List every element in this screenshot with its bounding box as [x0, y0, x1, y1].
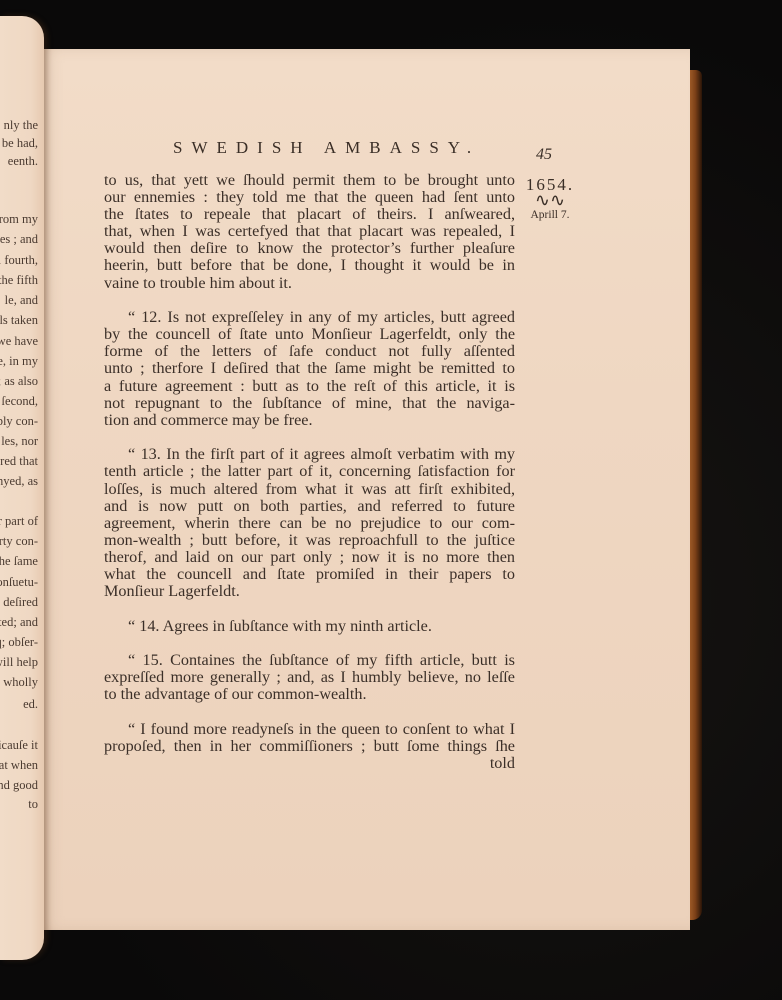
facing-page-text-fragment: er part of: [0, 514, 38, 529]
facing-page-text-fragment: eenth.: [8, 154, 38, 169]
facing-page-text-fragment: nly the: [4, 118, 38, 133]
facing-page-text-fragment: , ſecond,: [0, 394, 38, 409]
text-line: would then deſire to know the protector’…: [104, 240, 515, 257]
text-line: “ 13. In the firſt part of it agrees alm…: [104, 446, 515, 463]
text-line: vaine to trouble him about it.: [104, 275, 515, 292]
text-line: the ſtates to repeale that placart of th…: [104, 206, 515, 223]
paragraph-article-14: “ 14. Agrees in ſubſtance with my ninth …: [104, 618, 515, 635]
facing-page-text-fragment: to: [28, 797, 38, 812]
text-line: expreſſed more generally ; and, as I hum…: [104, 669, 515, 686]
facing-page-text-fragment: ted; and: [0, 615, 38, 630]
text-line: “ I found more readyneſs in the queen to…: [104, 721, 515, 738]
text-line: to us, that yett we ſhould permit them t…: [104, 172, 515, 189]
text-line: that, when I was certefyed that that pla…: [104, 223, 515, 240]
margin-day: Aprill 7.: [520, 209, 580, 221]
facing-page-text-fragment: bicauſe it: [0, 738, 38, 753]
facing-page-text-fragment: the fifth: [0, 273, 38, 288]
text-line: agreement, wherin there can be no prejud…: [104, 515, 515, 532]
page-number: 45: [536, 146, 552, 164]
text-line: heerin, butt before that be done, I thou…: [104, 257, 515, 274]
margin-note-date: 1654. ∿∿ Aprill 7.: [520, 175, 580, 221]
body-text: to us, that yett we ſhould permit them t…: [104, 172, 515, 790]
facing-page-text-fragment: bly con-: [0, 414, 38, 429]
catchword: told: [104, 755, 515, 772]
facing-page-text-fragment: le, and: [5, 293, 38, 308]
facing-page-text-fragment: es ; and: [0, 232, 38, 247]
text-line: forme of the letters of ſafe conduct not…: [104, 343, 515, 360]
text-line: therof, and laid on our part only ; now …: [104, 549, 515, 566]
swash-ornament-icon: ∿∿: [520, 195, 580, 207]
facing-page-text-fragment: will help: [0, 655, 38, 670]
text-line: by the councell of ſtate unto Monſieur L…: [104, 326, 515, 343]
text-line: “ 12. Is not expreſſeley in any of my ar…: [104, 309, 515, 326]
text-line: Monſieur Lagerfeldt.: [104, 583, 515, 600]
text-line: tenth article ; the latter part of it, c…: [104, 463, 515, 480]
paragraph-continuation: to us, that yett we ſhould permit them t…: [104, 172, 515, 292]
paragraph-article-13: “ 13. In the firſt part of it agrees alm…: [104, 446, 515, 600]
facing-page-text-fragment: d deſired: [0, 595, 38, 610]
text-line: a future agreement : butt as to the reſt…: [104, 378, 515, 395]
facing-page-text-fragment: we have: [0, 334, 38, 349]
text-line: loſſes, is much altered from what it was…: [104, 481, 515, 498]
paragraph-article-15: “ 15. Containes the ſubſtance of my fift…: [104, 652, 515, 703]
facing-page-text-fragment: l fourth,: [0, 253, 38, 268]
facing-page-text-fragment: e wholly: [0, 675, 38, 690]
text-line: tion and commerce may be free.: [104, 412, 515, 429]
facing-page-text-fragment: les, nor: [1, 434, 38, 449]
text-line: unto ; therfore I deſired that the ſame …: [104, 360, 515, 377]
facing-page-text-fragment: nd good: [0, 778, 38, 793]
facing-page-text-fragment: rom my: [0, 212, 38, 227]
facing-page-text-fragment: ired that: [0, 454, 38, 469]
text-line: “ 15. Containes the ſubſtance of my fift…: [104, 652, 515, 669]
text-line: to the advantage of our common-wealth.: [104, 686, 515, 703]
text-line: propoſed, then in her commiſſioners ; bu…: [104, 738, 515, 755]
text-line: and is now putt on both parties, and ref…: [104, 498, 515, 515]
facing-page-text-fragment: erty con-: [0, 534, 38, 549]
facing-page-text-fragment: ls taken: [0, 313, 38, 328]
facing-page-text-fragment: conſuetu-: [0, 575, 38, 590]
facing-page-text-fragment: ; as also: [0, 374, 38, 389]
paragraph-queen-consent: “ I found more readyneſs in the queen to…: [104, 721, 515, 772]
text-line: what the councell and ſtate promiſed in …: [104, 566, 515, 583]
text-line: not repugnant to the ſubſtance of mine, …: [104, 395, 515, 412]
paragraph-article-12: “ 12. Is not expreſſeley in any of my ar…: [104, 309, 515, 429]
text-line: our ennemies : they told me that the que…: [104, 189, 515, 206]
text-line: “ 14. Agrees in ſubſtance with my ninth …: [104, 618, 515, 635]
facing-page-text-fragment: e, in my: [0, 354, 38, 369]
facing-page-text-fragment: ed.: [23, 697, 38, 712]
facing-page-curl: nly thebe had,eenth.rom myes ; andl four…: [0, 16, 44, 960]
facing-page-text-fragment: the ſame: [0, 554, 38, 569]
facing-page-text-fragment: enyed, as: [0, 474, 38, 489]
facing-page-text-fragment: be had,: [2, 136, 38, 151]
facing-page-text-fragment: hat when: [0, 758, 38, 773]
text-line: mon-wealth ; butt before, it was reproac…: [104, 532, 515, 549]
running-head: SWEDISH AMBASSY.: [173, 138, 480, 158]
facing-page-text-fragment: iq; obſer-: [0, 635, 38, 650]
